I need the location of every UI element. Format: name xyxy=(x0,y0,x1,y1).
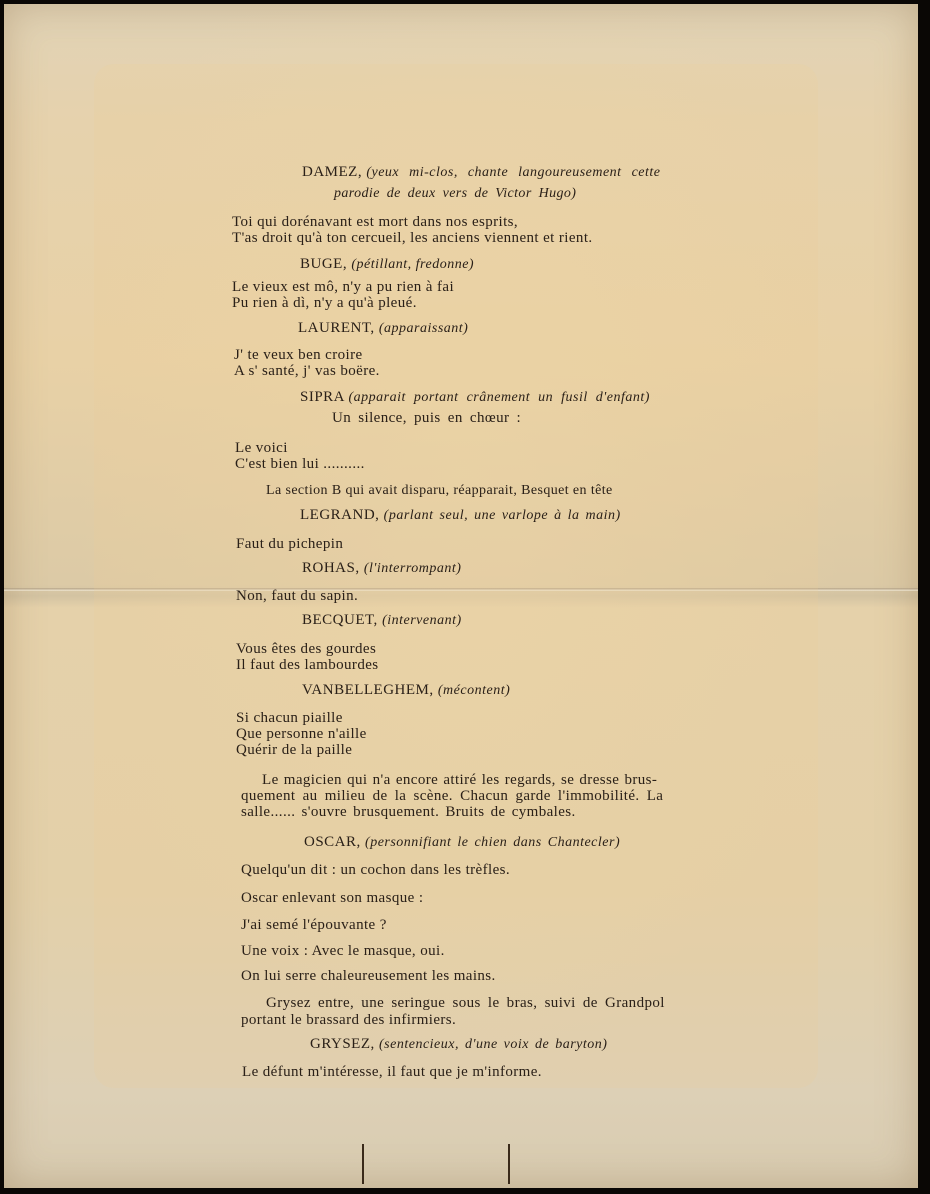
verse-line: Toi qui dorénavant est mort dans nos esp… xyxy=(232,214,518,231)
verse-line: Pu rien à dì, n'y a qu'à pleué. xyxy=(232,295,417,312)
paragraph-line: Grysez entre, une seringue sous le bras,… xyxy=(266,995,665,1012)
speaker-name: VANBELLEGHEM, xyxy=(302,682,434,698)
stage-direction: (yeux mi-clos, chante langoureusement ce… xyxy=(366,165,660,180)
stage-direction: (intervenant) xyxy=(382,613,462,628)
paragraph-line: salle...... s'ouvre brusquement. Bruits … xyxy=(241,804,576,821)
stage-direction: (pétillant, fredonne) xyxy=(351,257,474,272)
paper-sheet: DAMEZ, (yeux mi-clos, chante langoureuse… xyxy=(4,4,918,1188)
stage-direction: (parlant seul, une varlope à la main) xyxy=(384,508,621,523)
stage-direction: (sentencieux, d'une voix de baryton) xyxy=(379,1037,607,1052)
stage-direction-continued: parodie de deux vers de Victor Hugo) xyxy=(334,185,576,202)
verse-line: Faut du pichepin xyxy=(236,536,343,553)
stage-direction: (l'interrompant) xyxy=(364,561,462,576)
verse-line: Oscar enlevant son masque : xyxy=(241,890,423,907)
speaker-name: BECQUET, xyxy=(302,612,378,628)
speaker-heading-vanbelleghem: VANBELLEGHEM, (mécontent) xyxy=(302,682,510,699)
speaker-heading-legrand: LEGRAND, (parlant seul, une varlope à la… xyxy=(300,507,621,524)
speaker-name: BUGE, xyxy=(300,256,347,272)
speaker-heading-oscar: OSCAR, (personnifiant le chien dans Chan… xyxy=(304,834,620,851)
speaker-heading-becquet: BECQUET, (intervenant) xyxy=(302,612,462,629)
speaker-name: GRYSEZ, xyxy=(310,1036,375,1052)
verse-line: Que personne n'aille xyxy=(236,726,367,743)
paper-tear xyxy=(362,1144,364,1184)
verse-line: J'ai semé l'épouvante ? xyxy=(241,917,387,934)
speaker-heading-laurent: LAURENT, (apparaissant) xyxy=(298,320,468,337)
verse-line: Quelqu'un dit : un cochon dans les trèfl… xyxy=(241,862,510,879)
verse-line: J' te veux ben croire xyxy=(234,347,363,364)
speaker-name: OSCAR, xyxy=(304,834,361,850)
document-body: DAMEZ, (yeux mi-clos, chante langoureuse… xyxy=(4,4,918,1188)
stage-text: Un silence, puis en chœur : xyxy=(332,410,521,427)
paper-tear xyxy=(508,1144,510,1184)
speaker-name: ROHAS, xyxy=(302,560,360,576)
speaker-name: SIPRA xyxy=(300,389,344,405)
speaker-heading-grysez: GRYSEZ, (sentencieux, d'une voix de bary… xyxy=(310,1036,607,1053)
verse-line: Il faut des lambourdes xyxy=(236,657,379,674)
stage-direction: (personnifiant le chien dans Chantecler) xyxy=(365,835,620,850)
stage-text: La section B qui avait disparu, réappara… xyxy=(266,482,613,499)
verse-line: A s' santé, j' vas boëre. xyxy=(234,363,380,380)
speaker-name: LAURENT, xyxy=(298,320,375,336)
verse-line: Quérir de la paille xyxy=(236,742,352,759)
stage-direction: (mécontent) xyxy=(438,683,510,698)
speaker-name: DAMEZ, xyxy=(302,164,362,180)
speaker-name: LEGRAND, xyxy=(300,507,379,523)
speaker-heading-damez: DAMEZ, (yeux mi-clos, chante langoureuse… xyxy=(302,164,661,181)
verse-line: Une voix : Avec le masque, oui. xyxy=(241,943,445,960)
verse-line: On lui serre chaleureusement les mains. xyxy=(241,968,496,985)
paragraph-line: quement au milieu de la scène. Chacun ga… xyxy=(241,788,663,805)
speaker-heading-buge: BUGE, (pétillant, fredonne) xyxy=(300,256,474,273)
verse-line: C'est bien lui .......... xyxy=(235,456,365,473)
verse-line: Le défunt m'intéresse, il faut que je m'… xyxy=(242,1064,542,1081)
verse-line: Le voici xyxy=(235,440,288,457)
speaker-heading-sipra: SIPRA (apparait portant crânement un fus… xyxy=(300,389,650,406)
verse-line: Si chacun piaille xyxy=(236,710,343,727)
verse-line: Le vieux est mô, n'y a pu rien à fai xyxy=(232,279,454,296)
stage-direction: (apparait portant crânement un fusil d'e… xyxy=(348,390,649,405)
verse-line: Non, faut du sapin. xyxy=(236,588,358,605)
verse-line: Vous êtes des gourdes xyxy=(236,641,376,658)
paragraph-line: portant le brassard des infirmiers. xyxy=(241,1012,456,1029)
stage-direction: (apparaissant) xyxy=(379,321,468,336)
paragraph-line: Le magicien qui n'a encore attiré les re… xyxy=(262,772,657,789)
verse-line: T'as droit qu'à ton cercueil, les ancien… xyxy=(232,230,593,247)
speaker-heading-rohas: ROHAS, (l'interrompant) xyxy=(302,560,461,577)
